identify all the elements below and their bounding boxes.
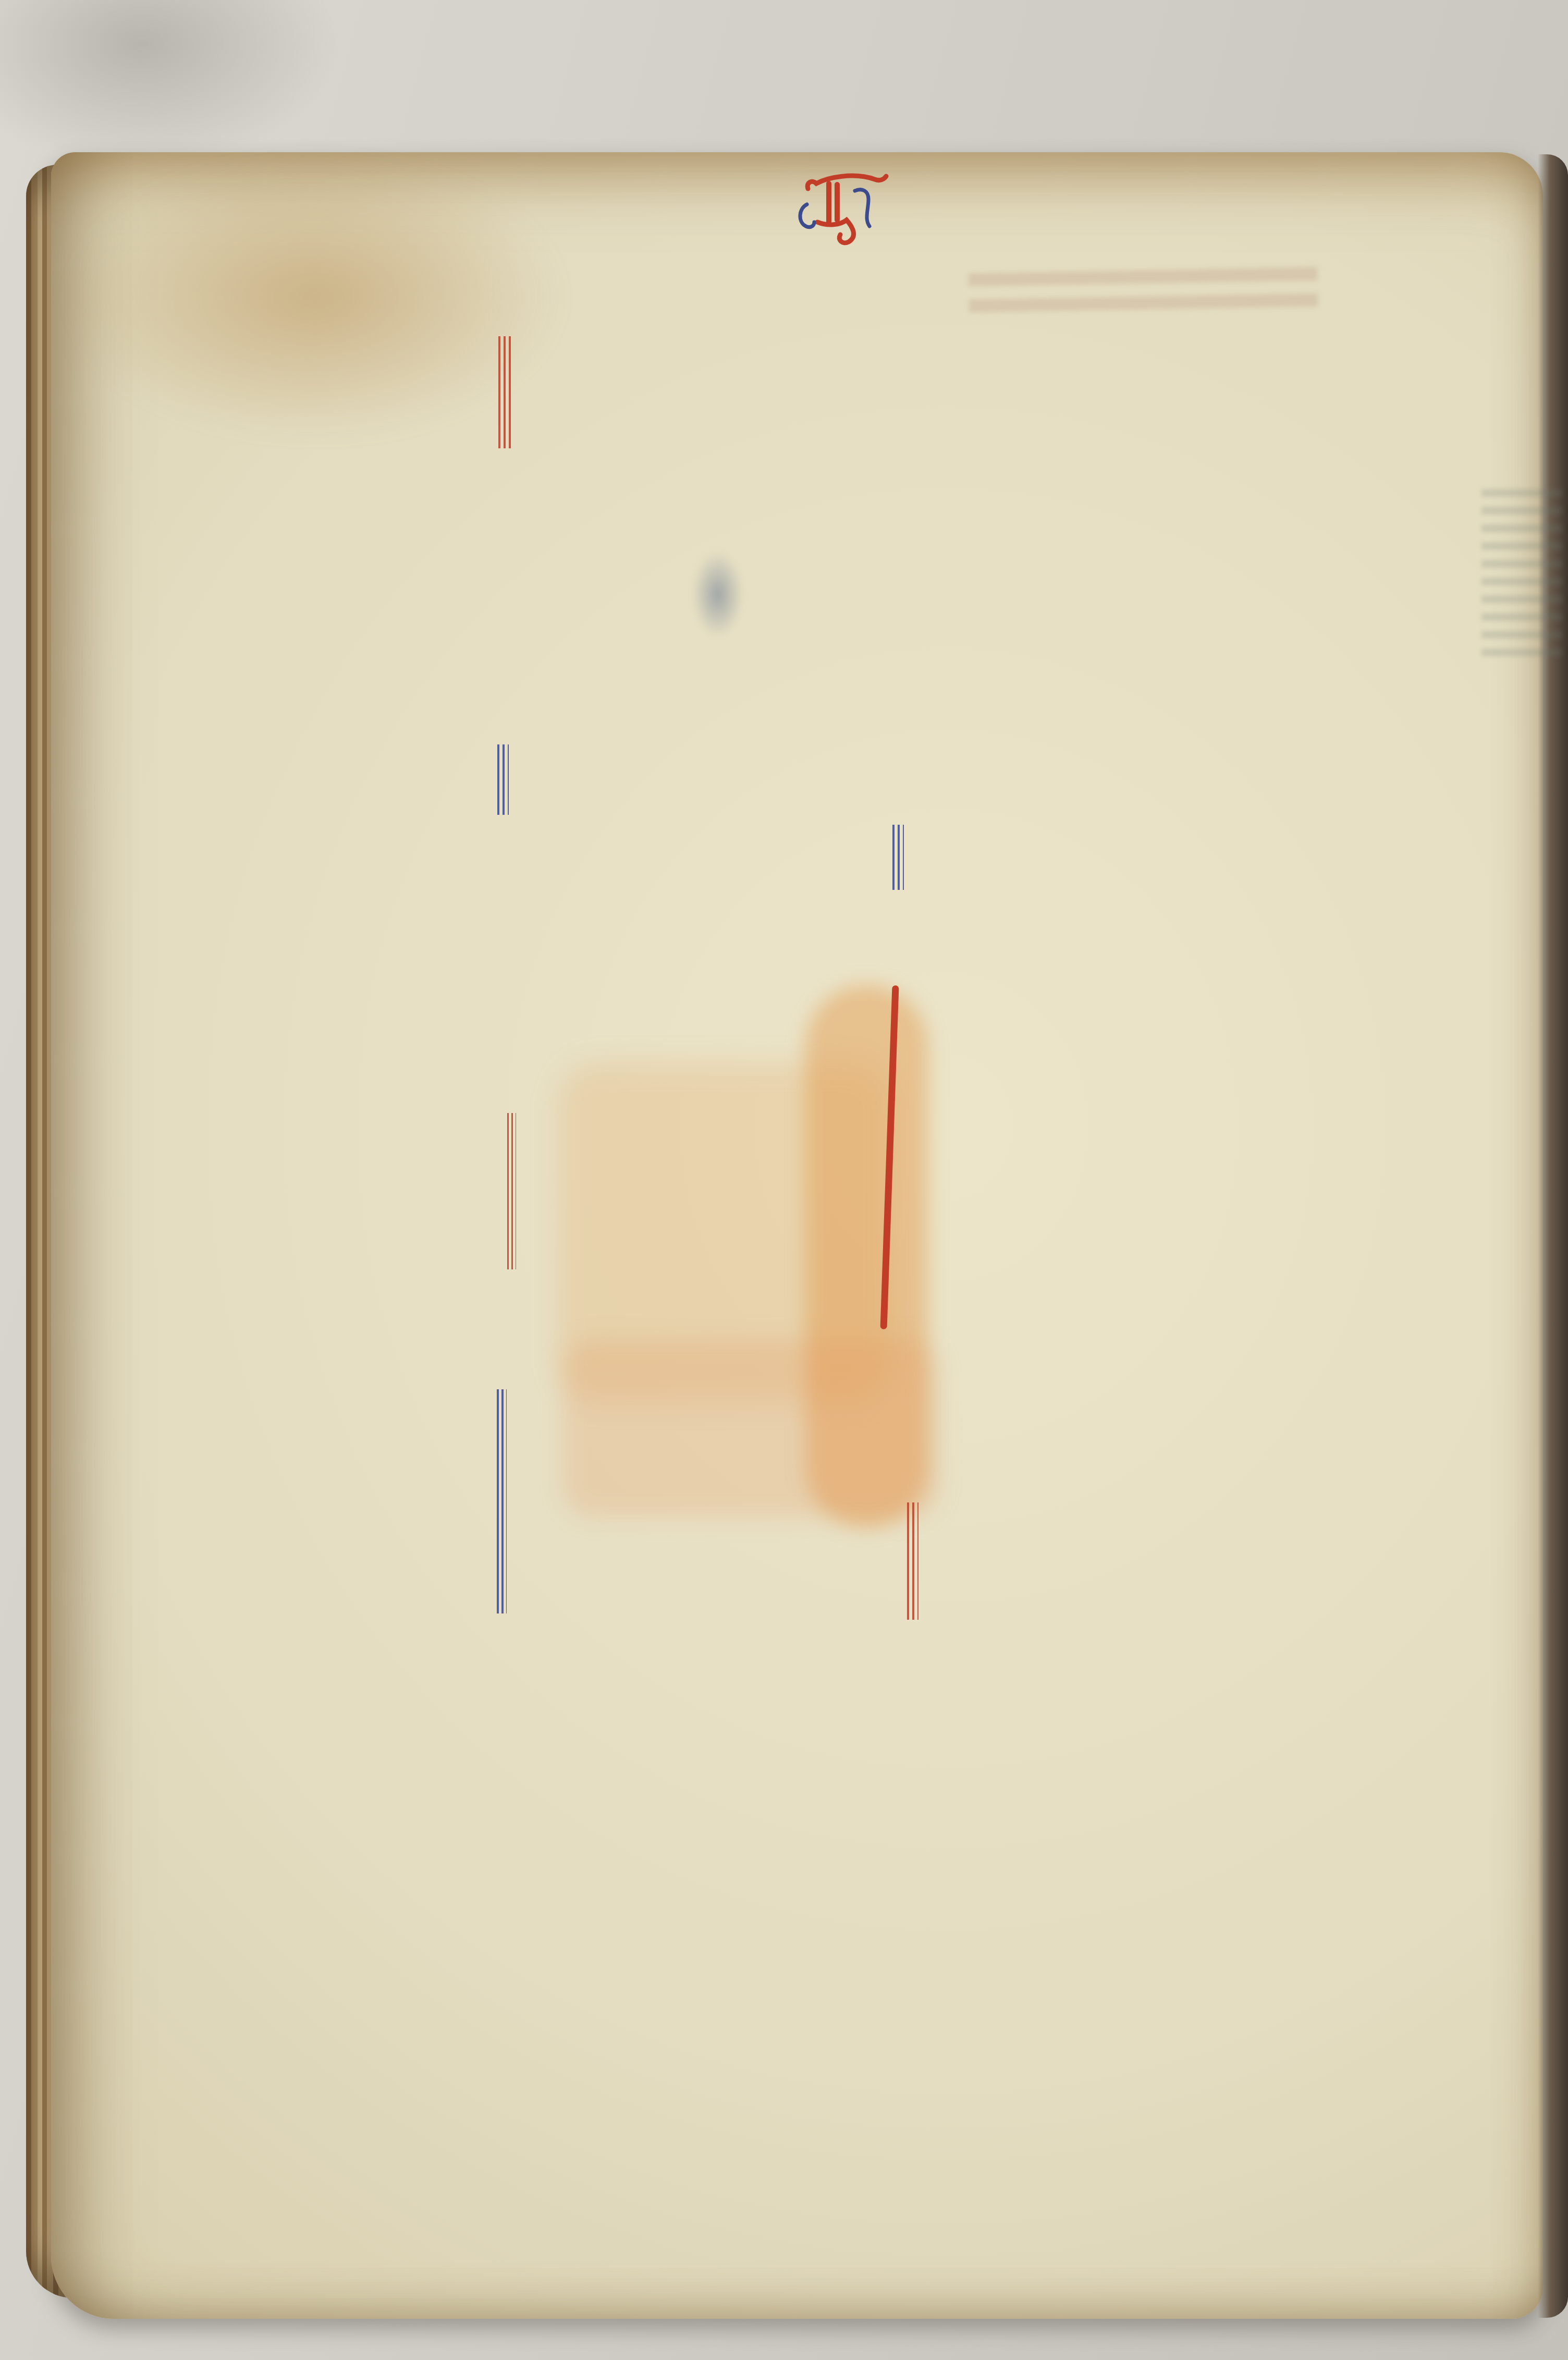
initial-I-red-flourish [494,1389,507,1613]
initial-P-blue-flourish [904,1502,918,1620]
parchment-discoloration [68,156,563,438]
manuscript-photo [0,0,1568,2360]
initial-S-flourish [494,744,509,815]
pen-flourish-ornament [797,168,896,246]
parchment-page [51,152,1543,2319]
initial-I-blue-flourish [505,1113,516,1269]
initial-P-red-flourish [889,825,904,890]
initial-A-flourish [495,336,514,448]
book-right-edge [1538,154,1568,2318]
